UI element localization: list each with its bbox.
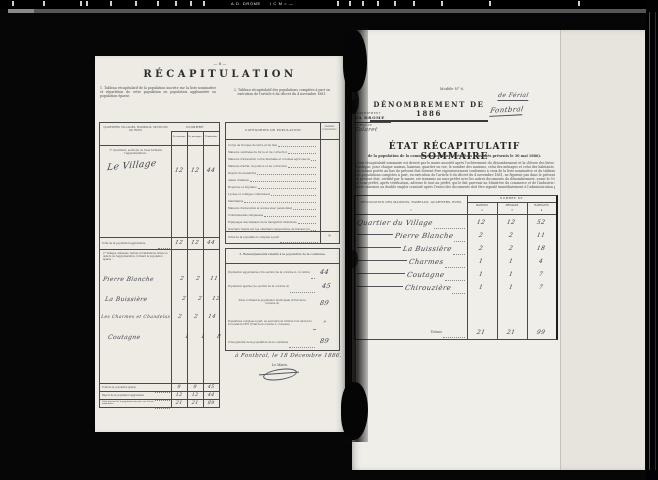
row-maisons: 1 bbox=[465, 284, 496, 291]
page-number: — 8 — bbox=[95, 61, 345, 66]
eparse-menages: 2 bbox=[189, 276, 206, 282]
row-maisons: 2 bbox=[465, 245, 496, 252]
renseignement-label: Total, formant la population municipale … bbox=[237, 300, 307, 306]
eparse-name: La Buissière bbox=[99, 296, 174, 303]
etat-title: ÉTAT RÉCAPITULATIF SOMMAIRE bbox=[362, 142, 547, 162]
sommaire-row: Charmes 1 1 4 bbox=[357, 255, 556, 268]
sommaire-row: Coutagne 1 1 7 bbox=[357, 268, 556, 281]
total-agglo-maisons: 12 bbox=[170, 240, 187, 246]
subheader-individus: D'individus bbox=[203, 135, 219, 138]
category-item: Asiles d'aliénés bbox=[228, 178, 249, 182]
col-number: 4 bbox=[527, 209, 556, 212]
total-eparse-menages: 9 bbox=[187, 385, 204, 390]
sommaire-row: Chirouzière 1 1 7 bbox=[357, 281, 556, 294]
category-item: Maisons centrales de force et de correct… bbox=[228, 150, 287, 154]
eparse-individus: 12 bbox=[207, 296, 224, 302]
report-agglo-label: Report de la population agglomérée bbox=[100, 394, 154, 397]
totaux-menages: 21 bbox=[495, 329, 526, 336]
renseignement-row: Total général de la population de la com… bbox=[228, 336, 316, 348]
eparse-name: Coutagne bbox=[99, 334, 177, 341]
left-page: — 8 — RÉCAPITULATION 1. Tableau récapitu… bbox=[95, 56, 345, 432]
totaux-maisons: 21 bbox=[465, 329, 496, 336]
col-number: 3 bbox=[497, 209, 527, 212]
renseignement-value: 44 bbox=[319, 268, 329, 276]
renseignements-box: 3. Renseignements relatifs à la populati… bbox=[225, 248, 340, 351]
total-eparse-label: Total de la population éparse bbox=[100, 386, 154, 389]
film-edge-line bbox=[649, 12, 650, 470]
eparse-menages: 2 bbox=[187, 314, 204, 320]
section2-label: 2° Villages, hameaux, fermes et habitati… bbox=[103, 253, 168, 262]
row-habitants: 7 bbox=[525, 271, 556, 278]
total-general-menages: 21 bbox=[187, 401, 204, 406]
eparse-menages: 2 bbox=[191, 296, 208, 302]
row-name: Coutagne bbox=[406, 271, 445, 279]
row-maisons: 2 bbox=[465, 232, 496, 239]
splice-blot-mid bbox=[348, 250, 358, 268]
eparse-row: Les Charmes et Chandelas 2 2 14 bbox=[100, 308, 219, 326]
film-right-edge bbox=[646, 0, 658, 480]
subheader-maisons: MAISONS bbox=[467, 204, 497, 207]
recap-table-categories: CATÉGORIES DE POPULATION NOMBRE D'INDIVI… bbox=[225, 122, 340, 244]
eparse-maisons: 2 bbox=[171, 314, 188, 320]
renseignement-label: Population éparse (2e section de la colo… bbox=[228, 286, 289, 289]
eparse-row: La Buissière 2 2 12 bbox=[100, 290, 219, 308]
total-general-row: Total général de la population inscrite … bbox=[100, 399, 219, 407]
total-agglo-individus: 44 bbox=[202, 240, 219, 246]
row-name: Pierre Blanche bbox=[394, 232, 454, 240]
row-menages: 1 bbox=[495, 258, 526, 265]
eparse-individus: 11 bbox=[205, 276, 222, 282]
agglo-menages: 12 bbox=[186, 167, 203, 174]
film-strip-highlight bbox=[8, 9, 34, 13]
row-maisons: 1 bbox=[465, 271, 496, 278]
total-apart-row: Total de la population comptée à part bbox=[226, 231, 319, 243]
renseignement-label: Total général de la population de la com… bbox=[228, 341, 288, 344]
film-label-scale: I C M = — bbox=[270, 1, 294, 6]
instruction-line: Toute omission ou double emploi constaté… bbox=[355, 185, 555, 189]
film-label-archive: A.D. DROME bbox=[231, 1, 261, 6]
designation-header: DÉSIGNATION DES MAISONS, HAMEAUX, QUARTI… bbox=[358, 200, 464, 204]
etat-subtitle: de la population de la commune susnommée… bbox=[362, 154, 547, 158]
renseignement-row: Populations comptées à part, en exécutio… bbox=[228, 313, 316, 335]
total-general-maisons: 21 bbox=[171, 401, 188, 406]
total-apart-label: Total de la population comptée à part bbox=[226, 235, 279, 239]
renseignement-value: 89 bbox=[319, 337, 329, 345]
eparse-row: Coutagne 1 1 8 bbox=[100, 328, 219, 346]
row-maisons: 1 bbox=[465, 258, 496, 265]
film-strip-edge bbox=[8, 9, 658, 13]
subheader-maisons: De maisons bbox=[171, 135, 187, 138]
row-menages: 2 bbox=[495, 232, 526, 239]
renseignement-value: » bbox=[322, 319, 327, 325]
row-menages: 1 bbox=[495, 271, 526, 278]
category-item: Séminaires bbox=[228, 199, 243, 203]
row-name: Chirouzière bbox=[404, 284, 452, 292]
col-number: 1 bbox=[358, 209, 464, 212]
instructions-block: L'état récapitulatif sommaire est dressé… bbox=[355, 161, 555, 189]
section1-label: 1° Quartiers, sections ou rues formant l… bbox=[104, 149, 167, 155]
film-ruler: A.D. DROME I C M = — bbox=[0, 0, 658, 9]
category-item: Équipages des bateaux de la navigation i… bbox=[228, 220, 297, 224]
eparse-row: Pierre Blanche 2 2 11 bbox=[100, 270, 219, 288]
modele-label: Modèle N° 6. bbox=[422, 87, 482, 91]
agglo-maisons: 12 bbox=[170, 167, 187, 174]
col-number: 2 bbox=[467, 209, 497, 212]
denombrement-title: DÉNOMBREMENT DE 1886 bbox=[370, 100, 488, 122]
sommaire-row: Pierre Blanche 2 2 11 bbox=[357, 229, 556, 242]
totaux-label: Totaux bbox=[430, 330, 442, 334]
nombre-header: NOMBRE bbox=[171, 125, 219, 129]
row-habitants: 4 bbox=[525, 258, 556, 265]
dateline: à Fontbral, le 18 Décembre 1886. bbox=[234, 353, 342, 359]
report-agglo-maisons: 12 bbox=[171, 393, 188, 398]
commune-handwritten: Fontbral bbox=[489, 105, 524, 117]
quartiers-header: QUARTIERS, VILLAGES, HAMEAUX, SECTIONS O… bbox=[102, 126, 169, 132]
agglo-individus: 44 bbox=[202, 167, 219, 174]
total-eparse-maisons: 9 bbox=[171, 385, 188, 390]
subheader-menages: MÉNAGES bbox=[497, 204, 527, 207]
row-habitants: 52 bbox=[525, 219, 556, 226]
microfilm-frame: A.D. DROME I C M = — — 8 — RÉCAPITULATIO… bbox=[0, 0, 658, 480]
renseignement-value: 45 bbox=[321, 282, 331, 290]
eparse-individus: 14 bbox=[203, 314, 220, 320]
film-edge-line2 bbox=[655, 12, 656, 470]
renseignement-value: 89 bbox=[319, 299, 329, 307]
row-habitants: 11 bbox=[525, 232, 556, 239]
row-habitants: 18 bbox=[525, 245, 556, 252]
right-page: DÉPARTEMENT LA DROME COMMUNE Talaret Mod… bbox=[352, 30, 645, 470]
intro-paragraph-a: 1. Tableau récapitulatif de la populatio… bbox=[100, 86, 216, 98]
categories-header: CATÉGORIES DE POPULATION bbox=[228, 128, 318, 132]
eparse-name: Pierre Blanche bbox=[99, 276, 172, 283]
total-apart-value: » bbox=[320, 233, 338, 239]
eparse-maisons: 2 bbox=[173, 276, 190, 282]
row-name: La Buissière bbox=[402, 245, 452, 253]
row-menages: 2 bbox=[495, 245, 526, 252]
section3-title: 3. Renseignements relatifs à la populati… bbox=[228, 252, 337, 256]
recap-table-quartiers: QUARTIERS, VILLAGES, HAMEAUX, SECTIONS O… bbox=[99, 122, 220, 408]
total-general-individus: 89 bbox=[203, 401, 220, 406]
row-name: Charmes bbox=[408, 258, 444, 266]
renseignement-label: Populations comptées à part, en exécutio… bbox=[228, 321, 312, 327]
category-item: Corps de troupes de terre et de mer bbox=[228, 143, 277, 147]
total-general-label: Total général de la population inscrite … bbox=[100, 401, 154, 406]
row-maisons: 12 bbox=[465, 219, 496, 226]
splice-blot-top bbox=[343, 30, 367, 92]
canton-handwritten: de Férial bbox=[497, 92, 529, 101]
category-item: Communautés religieuses bbox=[228, 213, 263, 217]
subheader-habitants: HABITANTS bbox=[527, 204, 556, 207]
page-title: RÉCAPITULATION bbox=[95, 69, 345, 80]
category-item: Hospices et hôpitaux bbox=[228, 185, 257, 189]
eparse-maisons: 1 bbox=[178, 334, 195, 340]
renseignement-row: Population agglomérée (1re section de la… bbox=[228, 266, 316, 280]
report-agglo-individus: 44 bbox=[203, 393, 220, 398]
total-agglo-row: Total de la population agglomérée 12 12 … bbox=[100, 237, 219, 249]
row-habitants: 7 bbox=[525, 284, 556, 291]
eparse-name: Les Charmes et Chandelas bbox=[100, 315, 171, 320]
mayor-label: Le Maire, bbox=[255, 363, 305, 367]
intro-paragraph-b: 2. Tableau récapitulatif des populations… bbox=[227, 88, 337, 96]
renseignement-row: Total, formant la population municipale … bbox=[228, 295, 316, 311]
renseignement-label: Population agglomérée (1re section de la… bbox=[228, 272, 310, 275]
renseignement-row: Population éparse (2e section de la colo… bbox=[228, 281, 316, 293]
nombre-individus-header: NOMBRE D'INDIVIDUS bbox=[321, 126, 338, 131]
nombre-de-header: NOMBRE DE bbox=[467, 197, 556, 200]
sommaire-row: Quartier du Village 12 12 52 bbox=[357, 216, 556, 229]
eparse-menages: 1 bbox=[194, 334, 211, 340]
total-eparse-individus: 45 bbox=[203, 385, 220, 390]
subheader-menages: De ménages bbox=[187, 135, 203, 138]
report-agglo-menages: 12 bbox=[187, 393, 204, 398]
totaux-row: Totaux 21 21 99 bbox=[357, 326, 556, 338]
agglo-quarter-name: Le Village bbox=[106, 159, 157, 173]
splice-streak bbox=[351, 100, 356, 390]
eparse-maisons: 2 bbox=[175, 296, 192, 302]
categories-list: Corps de troupes de terre et de mer Mais… bbox=[226, 140, 319, 231]
sommaire-row: La Buissière 2 2 18 bbox=[357, 242, 556, 255]
backing-sheet bbox=[560, 30, 646, 470]
total-agglo-label: Total de la population agglomérée bbox=[100, 242, 157, 245]
total-agglo-menages: 12 bbox=[186, 240, 203, 246]
sommaire-table: DÉSIGNATION DES MAISONS, HAMEAUX, QUARTI… bbox=[354, 195, 558, 340]
totaux-habitants: 99 bbox=[525, 329, 556, 336]
row-menages: 1 bbox=[495, 284, 526, 291]
row-menages: 12 bbox=[495, 219, 526, 226]
